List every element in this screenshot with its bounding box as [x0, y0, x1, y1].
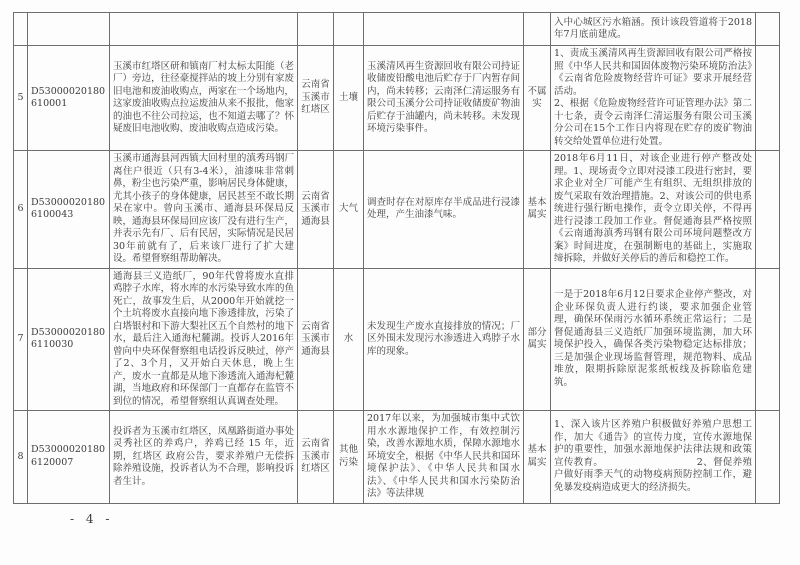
pollution-type-cell — [334, 13, 364, 46]
verdict-cell: 基本属实 — [524, 151, 551, 269]
complaint-cell: 投诉者为玉溪市红塔区，凤凰路街道办事处灵秀社区的养鸡户，养鸡已经 15 年，近期… — [110, 411, 298, 504]
complaint-cell: 玉溪市红塔区研和镇南厂村太标太阳能（老厂）旁边，往径豪搅拌站的坡上分别有家废旧电… — [110, 46, 298, 151]
case-id-cell — [28, 13, 110, 46]
case-id-cell: D530000201806100043 — [28, 151, 110, 269]
handling-cell: 入中心城区污水箱涵。预计该段管道将于2018年7月底前建成。 — [551, 13, 756, 46]
document-page: 入中心城区污水箱涵。预计该段管道将于2018年7月底前建成。 5 D530000… — [0, 0, 800, 565]
verdict-cell: 不属实 — [524, 46, 551, 151]
region-cell — [298, 13, 334, 46]
region-cell: 云南省玉溪市通海县 — [298, 268, 334, 411]
verdict-cell: 部分属实 — [524, 268, 551, 411]
complaint-cell: 玉溪市通海县河西镇大回村里的滇秀玛钢厂离住户很近（只有3-4米），油漆味非常刺鼻… — [110, 151, 298, 269]
seq-cell: 5 — [14, 46, 28, 151]
remark-cell — [756, 46, 780, 151]
handling-cell: 2018年6月11日，对该企业进行停产整改处理。1、现场责令立即对浸漆工段进行密… — [551, 151, 756, 269]
page-number: - 4 - — [70, 512, 113, 526]
pollution-type-cell: 大气 — [334, 151, 364, 269]
region-cell: 云南省玉溪市红塔区 — [298, 411, 334, 504]
investigation-cell: 玉溪清风再生资源回收有限公司持证收储废铅酸电池后贮存于厂内暂存间内，尚未转移；云… — [364, 46, 524, 151]
seq-cell: 6 — [14, 151, 28, 269]
remark-cell — [756, 151, 780, 269]
seq-cell: 7 — [14, 268, 28, 411]
investigation-cell: 未发现生产废水直接排放的情况；厂区外围未发现污水渗透进入鸡脖子水库的现象。 — [364, 268, 524, 411]
region-cell: 云南省玉溪市通海县 — [298, 151, 334, 269]
table-row: 8 D530000201806120007 投诉者为玉溪市红塔区，凤凰路街道办事… — [14, 411, 780, 504]
handling-cell: 一是于2018年6月12日要求企业停产整改，对企业环保负责人进行约谈，要求加强企… — [551, 268, 756, 411]
remark-cell — [756, 411, 780, 504]
case-id-cell: D53000020180610001 — [28, 46, 110, 151]
handling-cell: 1、责成玉溪清风再生资源回收有限公司严格按照《中华人民共和国固体废物污染环境防治… — [551, 46, 756, 151]
complaint-cell — [110, 13, 298, 46]
remark-cell — [756, 13, 780, 46]
table-row: 7 D530000201806110030 通海县三义造纸厂，90年代曾将废水直… — [14, 268, 780, 411]
case-id-cell: D530000201806120007 — [28, 411, 110, 504]
region-cell: 云南省玉溪市红塔区 — [298, 46, 334, 151]
remark-cell — [756, 268, 780, 411]
table-row: 5 D53000020180610001 玉溪市红塔区研和镇南厂村太标太阳能（老… — [14, 46, 780, 151]
investigation-cell: 2017年以来，为加强城市集中式饮用水水源地保护工作，有效控制污染，改善水源地水… — [364, 411, 524, 504]
seq-cell — [14, 13, 28, 46]
table-row: 6 D530000201806100043 玉溪市通海县河西镇大回村里的滇秀玛钢… — [14, 151, 780, 269]
pollution-type-cell: 土壤 — [334, 46, 364, 151]
seq-cell: 8 — [14, 411, 28, 504]
pollution-type-cell: 水 — [334, 268, 364, 411]
pollution-type-cell: 其他污染 — [334, 411, 364, 504]
complaints-table: 入中心城区污水箱涵。预计该段管道将于2018年7月底前建成。 5 D530000… — [13, 12, 780, 504]
table-row-carryover: 入中心城区污水箱涵。预计该段管道将于2018年7月底前建成。 — [14, 13, 780, 46]
case-id-cell: D530000201806110030 — [28, 268, 110, 411]
handling-cell: 1、深入该片区养殖户积极做好养殖户思想工作，加大《通告》的宣传力度，宣传水源地保… — [551, 411, 756, 504]
verdict-cell — [524, 13, 551, 46]
investigation-cell — [364, 13, 524, 46]
verdict-cell: 基本属实 — [524, 411, 551, 504]
complaint-cell: 通海县三义造纸厂，90年代曾将废水直排鸡脖子水库，将水库的水污染导致水库的鱼死亡… — [110, 268, 298, 411]
investigation-cell: 调查时存在对原库存半成品进行浸漆处理，产生油漆气味。 — [364, 151, 524, 269]
